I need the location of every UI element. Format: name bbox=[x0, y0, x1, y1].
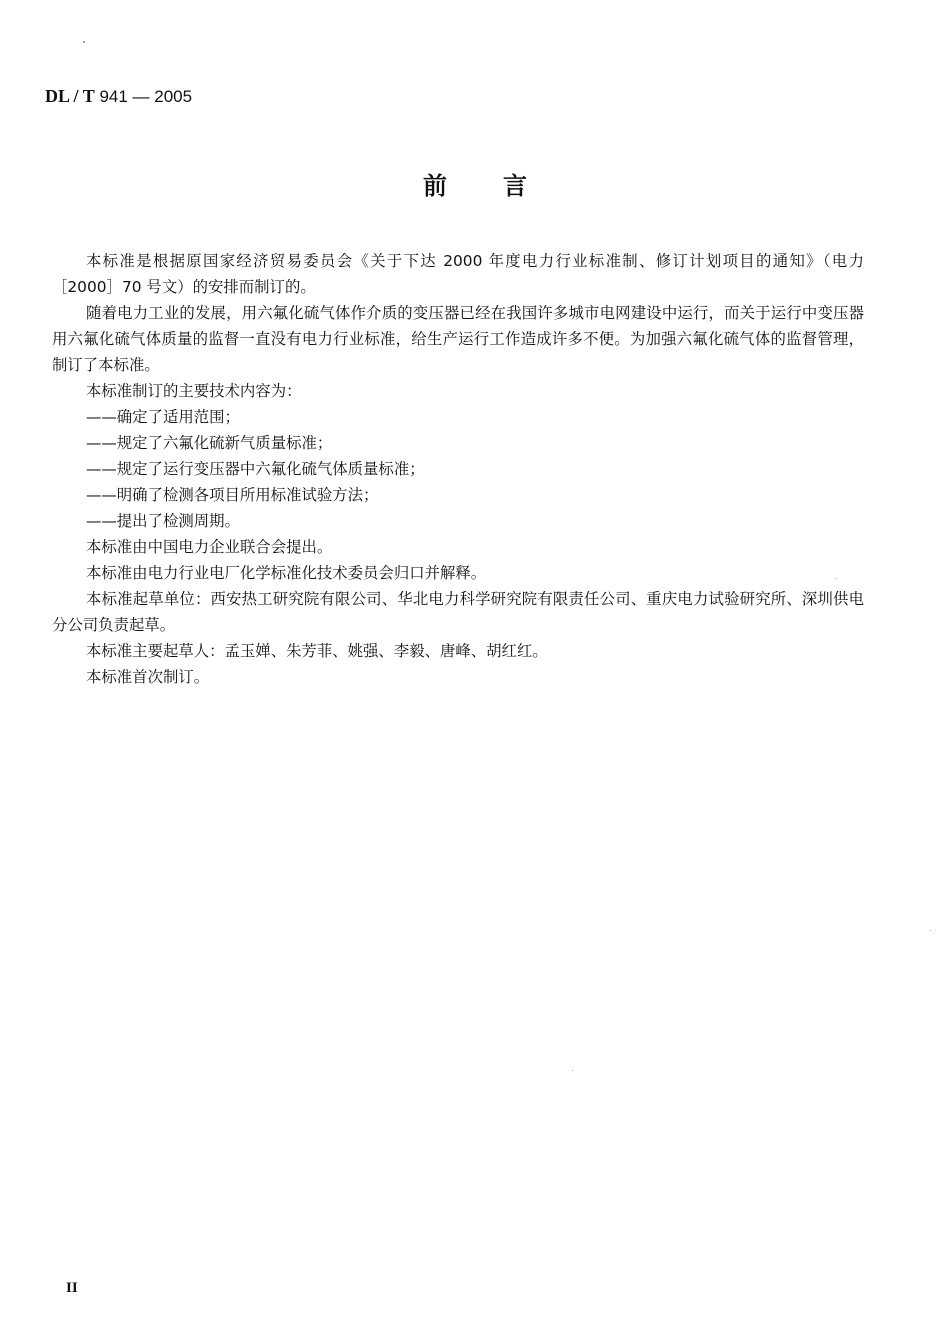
title-char-1: 前 bbox=[423, 166, 447, 201]
scan-speck bbox=[83, 41, 85, 43]
title-char-2: 言 bbox=[503, 166, 527, 201]
paragraph-drafting-units: 本标准起草单位：西安热工研究院有限公司、华北电力科学研究院有限责任公司、重庆电力… bbox=[52, 586, 864, 638]
list-item-test-cycle: ——提出了检测周期。 bbox=[52, 508, 864, 534]
document-page: DL / T 941 — 2005 前言 本标准是根据原国家经济贸易委员会《关于… bbox=[0, 0, 950, 1342]
paragraph-origin: 本标准是根据原国家经济贸易委员会《关于下达 2000 年度电力行业标准制、修订计… bbox=[52, 248, 864, 300]
scan-speck bbox=[835, 578, 836, 579]
standard-prefix: DL / T bbox=[45, 86, 95, 106]
paragraph-content-intro: 本标准制订的主要技术内容为： bbox=[52, 378, 864, 404]
list-item-operating-gas-standard: ——规定了运行变压器中六氟化硫气体质量标准； bbox=[52, 456, 864, 482]
paragraph-background: 随着电力工业的发展，用六氟化硫气体作介质的变压器已经在我国许多城市电网建设中运行… bbox=[52, 300, 864, 378]
list-item-scope: ——确定了适用范围； bbox=[52, 404, 864, 430]
standard-code-header: DL / T 941 — 2005 bbox=[45, 86, 192, 107]
page-title: 前言 bbox=[0, 166, 950, 201]
page-number: II bbox=[66, 1280, 78, 1297]
paragraph-drafters: 本标准主要起草人：孟玉婵、朱芳菲、姚强、李毅、唐峰、胡红红。 bbox=[52, 638, 864, 664]
scan-speck bbox=[930, 930, 931, 931]
paragraph-first-edition: 本标准首次制订。 bbox=[52, 664, 864, 690]
paragraph-proposed-by: 本标准由中国电力企业联合会提出。 bbox=[52, 534, 864, 560]
standard-number: 941 — 2005 bbox=[99, 87, 192, 106]
list-item-test-methods: ——明确了检测各项目所用标准试验方法； bbox=[52, 482, 864, 508]
paragraph-interpreted-by: 本标准由电力行业电厂化学标准化技术委员会归口并解释。 bbox=[52, 560, 864, 586]
list-item-new-gas-standard: ——规定了六氟化硫新气质量标准； bbox=[52, 430, 864, 456]
foreword-body: 本标准是根据原国家经济贸易委员会《关于下达 2000 年度电力行业标准制、修订计… bbox=[52, 248, 864, 690]
scan-speck bbox=[572, 1070, 573, 1071]
